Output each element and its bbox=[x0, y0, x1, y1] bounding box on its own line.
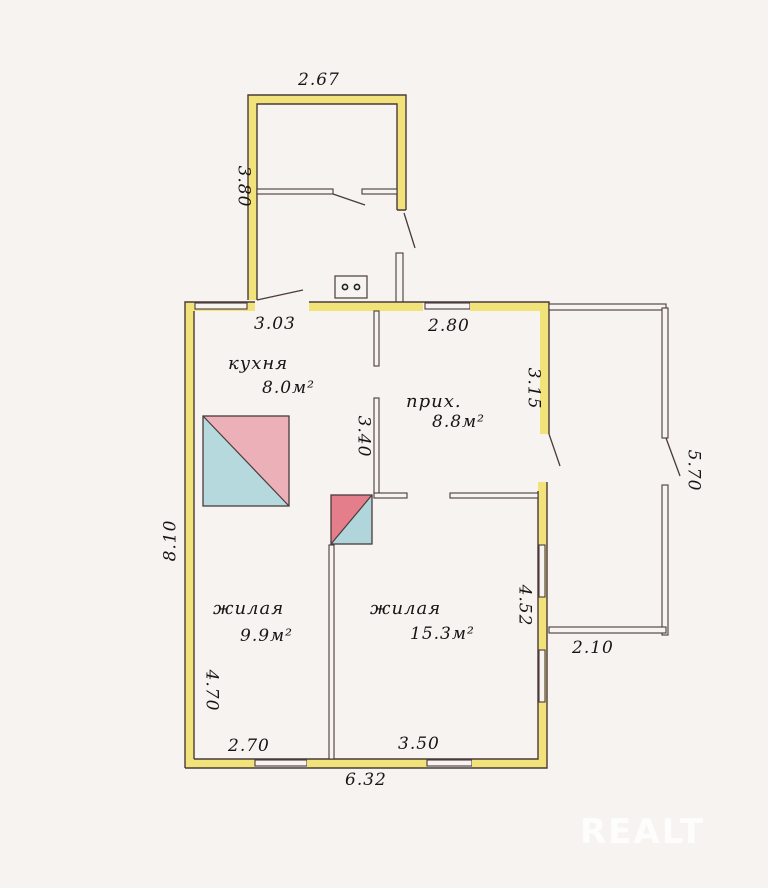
dim-house-depth: 8.10 bbox=[162, 520, 179, 562]
stove-small-icon bbox=[331, 495, 372, 544]
dim-kitchen-width: 3.03 bbox=[254, 316, 296, 333]
dim-room1-width: 2.70 bbox=[228, 738, 270, 755]
room-kitchen-area: 8.0м² bbox=[262, 380, 315, 397]
veranda-walls bbox=[549, 304, 680, 635]
room-kitchen-name: кухня bbox=[228, 355, 288, 373]
dim-veranda-depth: 5.70 bbox=[684, 450, 701, 492]
stove-large-icon bbox=[203, 416, 289, 506]
room-hall-name: прих. bbox=[406, 393, 462, 411]
dim-porch-width: 2.67 bbox=[298, 72, 340, 89]
dim-hall-width: 2.80 bbox=[428, 318, 470, 335]
dim-room2-width: 3.50 bbox=[398, 736, 440, 753]
dim-house-width: 6.32 bbox=[345, 772, 387, 789]
dim-veranda-width: 2.10 bbox=[572, 640, 614, 657]
sink-icon bbox=[335, 276, 367, 298]
dim-room2-depth: 4.52 bbox=[515, 585, 532, 627]
dim-hall-depth: 3.15 bbox=[524, 368, 541, 410]
porch-walls bbox=[248, 95, 415, 303]
dim-porch-depth: 3.80 bbox=[234, 166, 251, 208]
room-living1-area: 9.9м² bbox=[240, 628, 293, 645]
room-living2-name: жилая bbox=[370, 600, 441, 618]
room-living2-area: 15.3м² bbox=[410, 626, 475, 643]
room-living1-name: жилая bbox=[213, 600, 284, 618]
dim-room1-depth: 4.70 bbox=[202, 670, 219, 712]
room-hall-area: 8.8м² bbox=[432, 414, 485, 431]
floor-plan-drawing bbox=[0, 0, 768, 888]
realt-watermark-logo: REALT bbox=[580, 812, 705, 852]
dim-kitchen-depth: 3.40 bbox=[354, 416, 371, 458]
